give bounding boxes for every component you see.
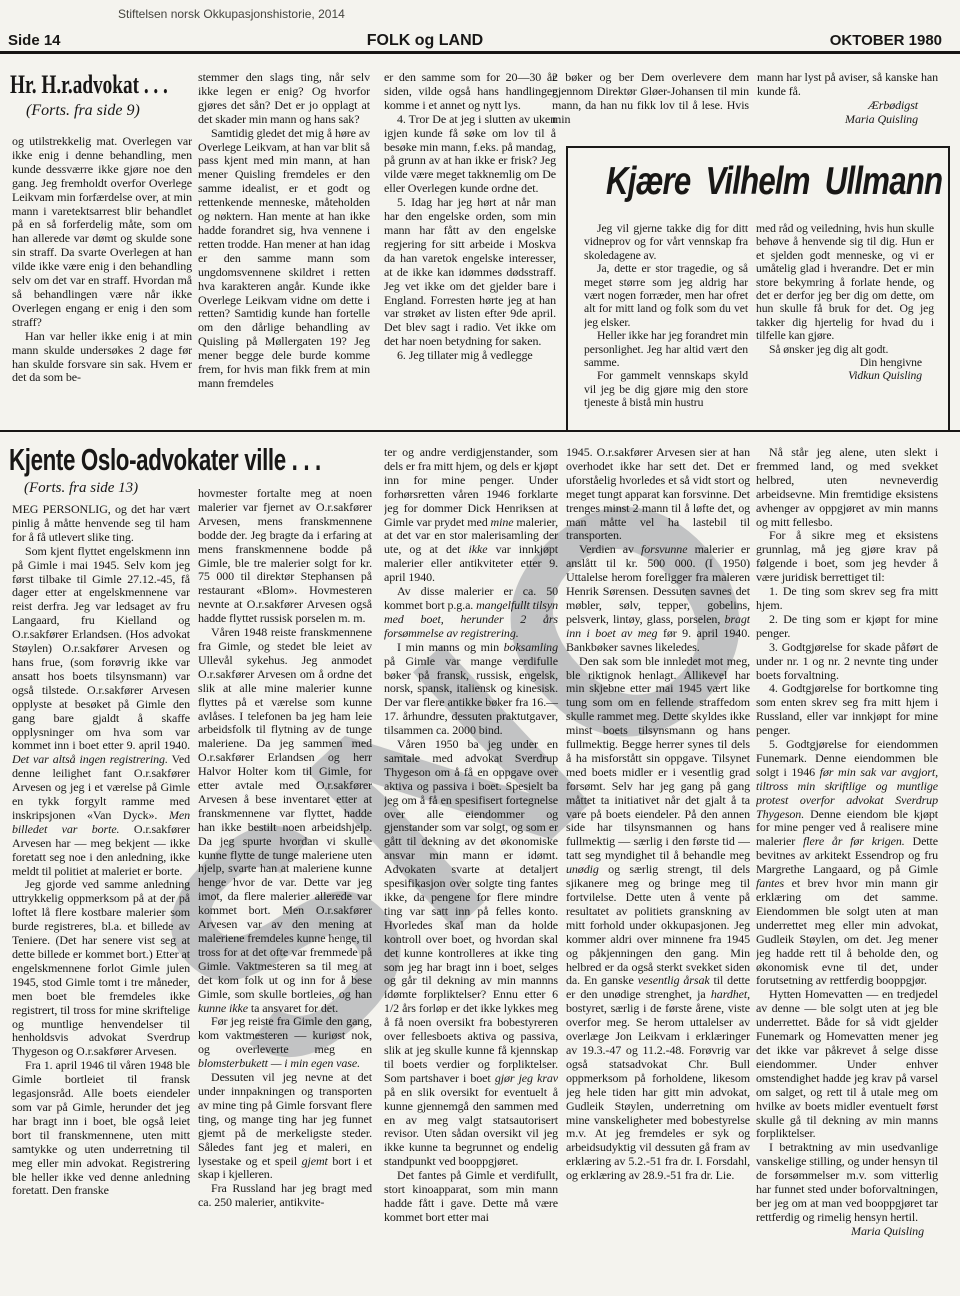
article-title-oslo-advokater: Kjente Oslo-advokater ville . . . [9,442,321,478]
issue-date: OKTOBER 1980 [830,32,942,49]
hr-advokat-column-2: stemmer den slags ting, når selv ikke le… [198,71,370,421]
oslo-advokater-column-4: 1945. O.r.sakfører Arvesen sier at han o… [566,446,750,1290]
article-title-hr-advokat: Hr. H.r.advokat . . . [10,70,168,100]
oslo-advokater-column-5: Nå står jeg alene, uten slekt i fremmed … [756,446,938,1290]
hr-advokat-column-4: 2 bøker og ber Dem overlevere dem gjenno… [552,71,749,131]
oslo-advokater-column-2: hovmester fortalte meg at noen malerier … [198,487,372,1289]
newspaper-page: SNO Stiftelsen norsk Okkupasjonshistorie… [0,0,960,1296]
ullmann-letter-column-1: Jeg vil gjerne takke dig for ditt vidnep… [584,222,748,422]
oslo-advokater-continuation-note: (Forts. fra side 13) [24,480,138,497]
ullmann-letter-box: Kjære Vilhelm Ullmann Jeg vil gjerne tak… [566,146,950,432]
ullmann-letter-column-2: med råd og veiledning, hvis hun skulle b… [756,222,934,422]
section-divider-rule [0,430,960,432]
hr-advokat-column-1: og utilstrekkelig mat. Overlegen var ikk… [12,135,192,421]
ullmann-letter-headline: Kjære Vilhelm Ullmann [606,160,910,204]
oslo-advokater-column-3: ter og andre verdigjenstander, som dels … [384,446,558,1290]
hr-advokat-column-5: mann har lyst på aviser, så kanske han k… [757,71,938,131]
hr-advokat-column-3: er den samme som for 20—30 år siden, vil… [384,71,556,421]
newspaper-title: FOLK og LAND [0,32,850,50]
hr-advokat-continuation-note: (Forts. fra side 9) [26,102,140,120]
masthead-rule [0,51,960,54]
oslo-advokater-column-1: MEG PERSONLIG, og det har vært pinlig å … [12,503,190,1263]
provenance-note: Stiftelsen norsk Okkupasjonshistorie, 20… [118,7,345,21]
